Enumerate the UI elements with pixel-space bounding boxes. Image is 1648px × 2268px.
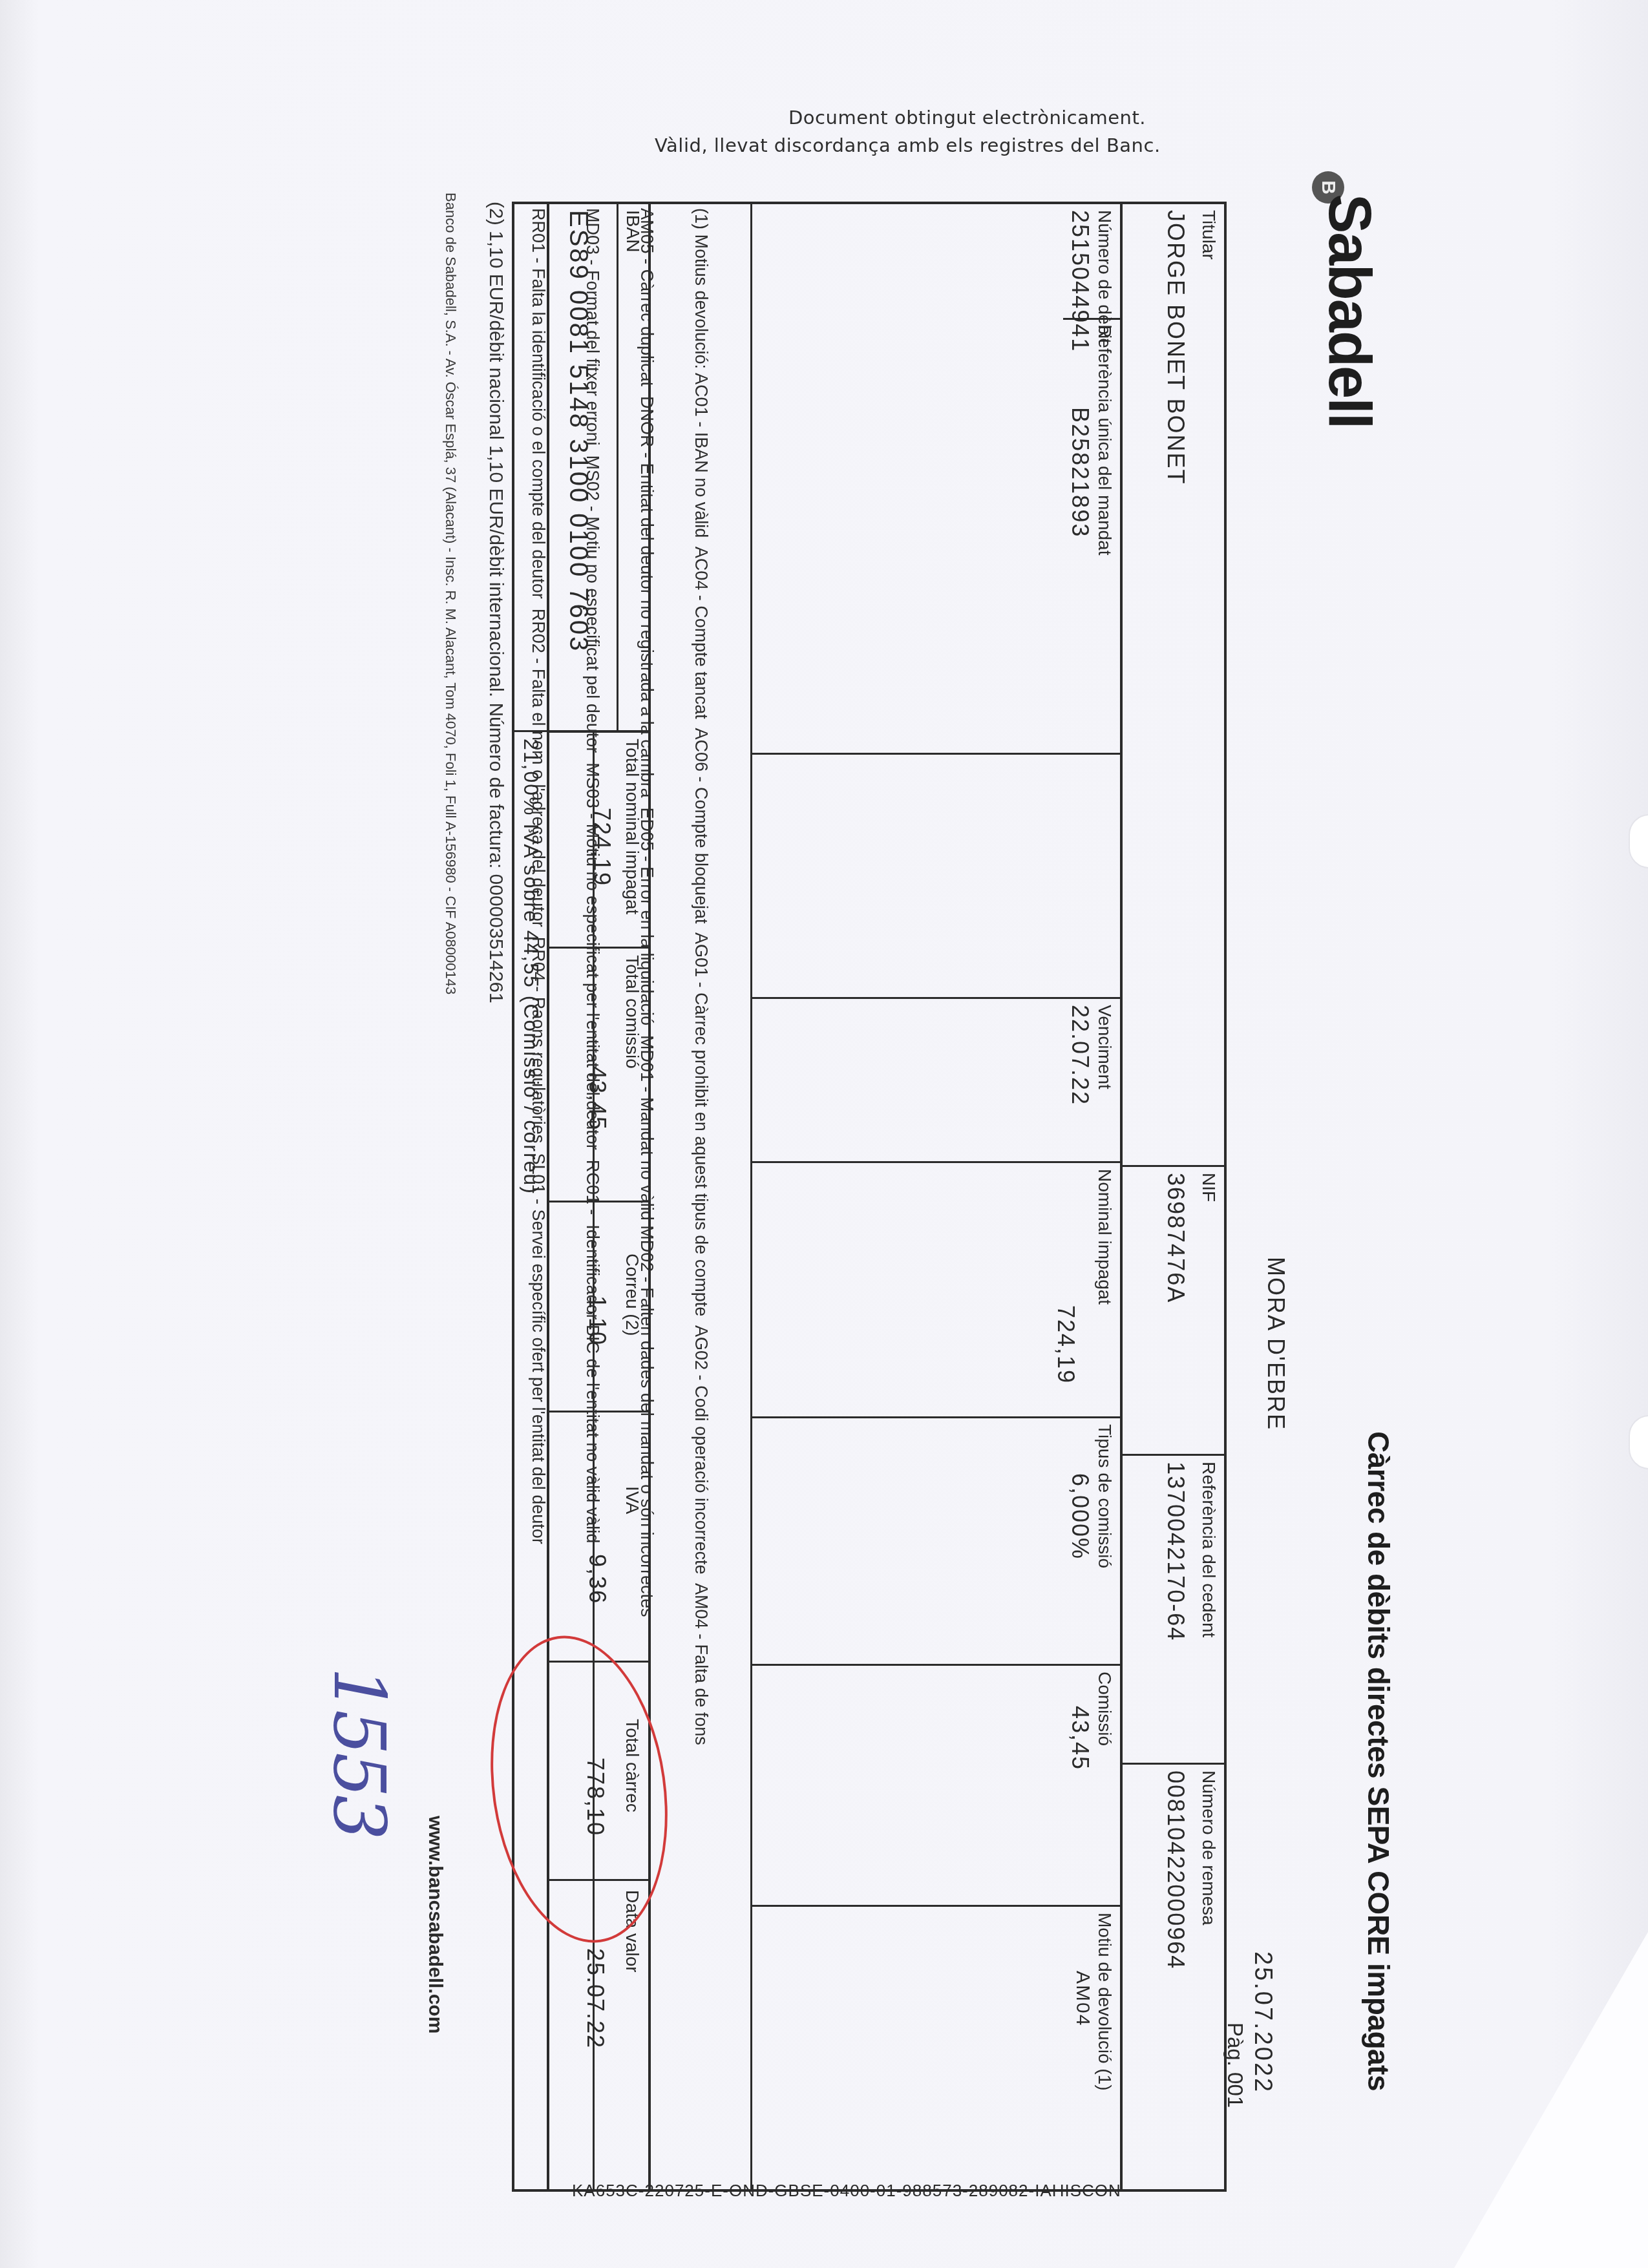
remesa-label: Número de remesa: [1198, 1770, 1219, 1926]
nif-value: 36987476A: [1162, 1173, 1189, 1303]
venciment-label: Venciment: [1094, 1005, 1115, 1089]
motiu-value: AM04: [1072, 1971, 1093, 2026]
electronic-doc-notice-line2: Vàlid, llevat discordança amb els regist…: [655, 134, 1161, 156]
nominal-value: 724,19: [1052, 1305, 1079, 1384]
sabadell-logo: Sabadell: [1315, 194, 1383, 428]
venciment-value: 22.07.22: [1066, 1005, 1093, 1106]
titular-value: JORGE BONET BONET: [1162, 210, 1189, 485]
mandat-label: Referència única del mandat: [1094, 325, 1115, 555]
motiu-label: Motiu de devolució (1): [1094, 1913, 1115, 2090]
footnote-line: (1) Motius devolució: AC01 - IBAN no vàl…: [692, 208, 710, 1745]
total-comissio-label: Total comissió: [622, 955, 642, 1069]
col-divider: [752, 1905, 1121, 1907]
row-divider: [1120, 202, 1123, 2192]
col-divider: [752, 1416, 1121, 1418]
document-title: Càrrec de dèbits directes SEPA CORE impa…: [1361, 1431, 1396, 2091]
electronic-doc-notice-line1: Document obtingut electrònicament.: [788, 107, 1146, 129]
tipus-comissio-label: Tipus de comissió: [1094, 1424, 1115, 1568]
col-divider: [1121, 1763, 1227, 1765]
col-divider: [752, 753, 1121, 755]
bank-website[interactable]: www.bancsabadell.com: [424, 1816, 446, 2033]
rotated-document: B Sabadell Càrrec de dèbits directes SEP…: [0, 0, 1648, 2268]
postage-footnote: (2) 1,10 EUR/dèbit nacional 1,10 EUR/dèb…: [485, 202, 507, 1003]
iban-label: IBAN: [622, 210, 643, 252]
nif-label: NIF: [1198, 1173, 1219, 1202]
document-date: 25.07.2022: [1249, 1951, 1276, 2094]
iban-value: ES89 0081 5148 3100 0100 7603: [564, 210, 593, 653]
correu-label: Correu (2): [622, 1254, 642, 1336]
document-reference-code: KA653C-220725-E-OND-GBSE-0400-01-988573-…: [572, 2181, 1121, 2201]
debit-value: 2515044941: [1066, 210, 1093, 352]
iva-note: 21,00% IVA sobre 44,55 (Comissió / corre…: [519, 739, 543, 1195]
col-divider: [752, 1161, 1121, 1163]
legal-footer: Banco de Sabadell, S.A. - Av. Óscar Espl…: [442, 193, 459, 994]
iva-value: 9,36: [584, 1554, 611, 1604]
total-nominal-value: 724,19: [588, 808, 615, 887]
mandat-value: B25821893: [1066, 407, 1093, 538]
tipus-comissio-value: 6,000%: [1066, 1473, 1093, 1560]
correu-value: 1,10: [584, 1296, 611, 1346]
ref-cedent-value: 1370042170-64: [1162, 1462, 1189, 1641]
total-comissio-value: 43,45: [584, 1066, 611, 1131]
debit-label: Número de dèbit: [1094, 210, 1115, 344]
nominal-label: Nominal impagat: [1094, 1169, 1115, 1305]
comissio-value: 43,45: [1066, 1706, 1093, 1770]
iva-label: IVA: [622, 1486, 642, 1514]
branch-name: MORA D'EBRE: [1262, 1257, 1289, 1431]
comissio-label: Comissió: [1094, 1672, 1115, 1746]
col-divider: [752, 1664, 1121, 1666]
total-nominal-label: Total nominal impagat: [622, 739, 642, 914]
col-divider: [752, 997, 1121, 999]
data-valor-value: 25.07.22: [582, 1948, 609, 2049]
ref-cedent-label: Referència del cedent: [1198, 1462, 1219, 1637]
row-divider: [750, 202, 752, 2192]
titular-label: Titular: [1198, 210, 1219, 260]
col-divider: [1121, 1454, 1227, 1456]
handwritten-note: 1553: [318, 1667, 401, 1838]
remesa-value: 00810422000964: [1162, 1770, 1189, 1969]
col-divider: [1121, 1165, 1227, 1167]
